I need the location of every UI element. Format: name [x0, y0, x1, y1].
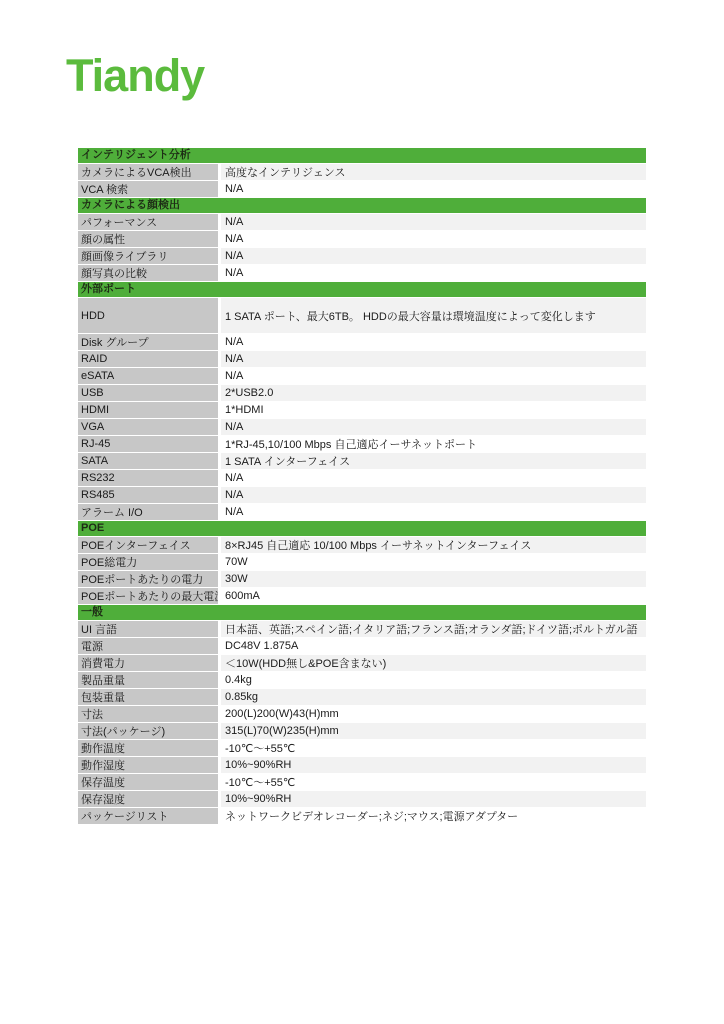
- section-header: インテリジェント分析: [78, 148, 646, 163]
- spec-value: ＜10W(HDD無し&POE含まない): [221, 655, 646, 671]
- spec-row: 保存温度-10℃～+55℃: [78, 774, 646, 790]
- spec-label: RAID: [78, 351, 218, 367]
- spec-label: アラーム I/O: [78, 504, 218, 520]
- spec-value: 1*RJ-45,10/100 Mbps 自己適応イーサネットポート: [221, 436, 646, 452]
- spec-row: USB2*USB2.0: [78, 385, 646, 401]
- spec-value: N/A: [221, 487, 646, 503]
- spec-value: 200(L)200(W)43(H)mm: [221, 706, 646, 722]
- spec-row: 寸法(パッケージ)315(L)70(W)235(H)mm: [78, 723, 646, 739]
- spec-row: 製品重量0.4kg: [78, 672, 646, 688]
- spec-label: USB: [78, 385, 218, 401]
- spec-value: 600mA: [221, 588, 646, 604]
- spec-value: N/A: [221, 181, 646, 197]
- spec-row: POEインターフェイス8×RJ45 自己適応 10/100 Mbps イーサネッ…: [78, 537, 646, 553]
- spec-label: POEポートあたりの最大電流: [78, 588, 218, 604]
- spec-row: 動作湿度10%~90%RH: [78, 757, 646, 773]
- spec-label: UI 言語: [78, 621, 218, 637]
- spec-row: HDD1 SATA ポート、最大6TB。 HDDの最大容量は環境温度によって変化…: [78, 298, 646, 333]
- spec-value: 1*HDMI: [221, 402, 646, 418]
- section-header: 外部ポート: [78, 282, 646, 297]
- spec-row: 顔画像ライブラリN/A: [78, 248, 646, 264]
- spec-value: ネットワークビデオレコーダー;ネジ;マウス;電源アダプター: [221, 808, 646, 824]
- spec-value: N/A: [221, 470, 646, 486]
- spec-value: 1 SATA ポート、最大6TB。 HDDの最大容量は環境温度によって変化します: [221, 298, 646, 333]
- spec-row: VGAN/A: [78, 419, 646, 435]
- spec-value: N/A: [221, 351, 646, 367]
- spec-value: N/A: [221, 248, 646, 264]
- spec-row: VCA 検索N/A: [78, 181, 646, 197]
- spec-label: 寸法(パッケージ): [78, 723, 218, 739]
- spec-row: アラーム I/ON/A: [78, 504, 646, 520]
- spec-label: 消費電力: [78, 655, 218, 671]
- spec-row: パッケージリストネットワークビデオレコーダー;ネジ;マウス;電源アダプター: [78, 808, 646, 824]
- spec-label: VGA: [78, 419, 218, 435]
- spec-row: RS485N/A: [78, 487, 646, 503]
- spec-row: 包装重量0.85kg: [78, 689, 646, 705]
- spec-sheet-page: Tiandy インテリジェント分析カメラによるVCA検出高度なインテリジェンスV…: [0, 0, 724, 1024]
- spec-label: VCA 検索: [78, 181, 218, 197]
- spec-row: UI 言語日本語、英語;スペイン語;イタリア語;フランス語;オランダ語;ドイツ語…: [78, 621, 646, 637]
- spec-row: SATA1 SATA インターフェイス: [78, 453, 646, 469]
- spec-value: 315(L)70(W)235(H)mm: [221, 723, 646, 739]
- spec-value: 高度なインテリジェンス: [221, 164, 646, 180]
- spec-label: RS485: [78, 487, 218, 503]
- spec-row: 寸法200(L)200(W)43(H)mm: [78, 706, 646, 722]
- spec-row: 顔の属性N/A: [78, 231, 646, 247]
- spec-label: 電源: [78, 638, 218, 654]
- spec-row: eSATAN/A: [78, 368, 646, 384]
- spec-label: HDMI: [78, 402, 218, 418]
- spec-value: 10%~90%RH: [221, 791, 646, 807]
- spec-label: 動作温度: [78, 740, 218, 756]
- spec-label: 寸法: [78, 706, 218, 722]
- spec-value: 8×RJ45 自己適応 10/100 Mbps イーサネットインターフェイス: [221, 537, 646, 553]
- spec-row: Disk グループN/A: [78, 334, 646, 350]
- spec-label: POE総電力: [78, 554, 218, 570]
- spec-row: POEポートあたりの電力30W: [78, 571, 646, 587]
- spec-value: 30W: [221, 571, 646, 587]
- spec-label: SATA: [78, 453, 218, 469]
- spec-value: N/A: [221, 504, 646, 520]
- spec-value: N/A: [221, 265, 646, 281]
- spec-label: eSATA: [78, 368, 218, 384]
- spec-row: HDMI1*HDMI: [78, 402, 646, 418]
- spec-label: Disk グループ: [78, 334, 218, 350]
- spec-row: 顔写真の比較N/A: [78, 265, 646, 281]
- spec-label: 顔写真の比較: [78, 265, 218, 281]
- spec-value: -10℃～+55℃: [221, 774, 646, 790]
- spec-row: RAIDN/A: [78, 351, 646, 367]
- spec-row: RS232N/A: [78, 470, 646, 486]
- spec-label: カメラによるVCA検出: [78, 164, 218, 180]
- section-header: POE: [78, 521, 646, 536]
- spec-label: POEポートあたりの電力: [78, 571, 218, 587]
- spec-value: N/A: [221, 231, 646, 247]
- spec-label: RS232: [78, 470, 218, 486]
- spec-value: 2*USB2.0: [221, 385, 646, 401]
- spec-label: 保存温度: [78, 774, 218, 790]
- spec-value: 0.4kg: [221, 672, 646, 688]
- spec-label: POEインターフェイス: [78, 537, 218, 553]
- spec-row: POEポートあたりの最大電流600mA: [78, 588, 646, 604]
- spec-value: 1 SATA インターフェイス: [221, 453, 646, 469]
- spec-value: DC48V 1.875A: [221, 638, 646, 654]
- spec-label: パフォーマンス: [78, 214, 218, 230]
- spec-value: 10%~90%RH: [221, 757, 646, 773]
- spec-row: パフォーマンスN/A: [78, 214, 646, 230]
- spec-label: 顔の属性: [78, 231, 218, 247]
- section-header: カメラによる顔検出: [78, 198, 646, 213]
- spec-label: パッケージリスト: [78, 808, 218, 824]
- spec-row: 動作温度-10℃～+55℃: [78, 740, 646, 756]
- spec-table: インテリジェント分析カメラによるVCA検出高度なインテリジェンスVCA 検索N/…: [78, 148, 646, 825]
- spec-value: N/A: [221, 214, 646, 230]
- spec-value: 70W: [221, 554, 646, 570]
- spec-label: 顔画像ライブラリ: [78, 248, 218, 264]
- spec-value: N/A: [221, 368, 646, 384]
- spec-label: HDD: [78, 298, 218, 333]
- spec-row: 保存湿度10%~90%RH: [78, 791, 646, 807]
- spec-value: 日本語、英語;スペイン語;イタリア語;フランス語;オランダ語;ドイツ語;ポルトガ…: [221, 621, 646, 637]
- section-header: 一般: [78, 605, 646, 620]
- spec-row: RJ-451*RJ-45,10/100 Mbps 自己適応イーサネットポート: [78, 436, 646, 452]
- tiandy-logo: Tiandy: [66, 50, 204, 102]
- spec-value: N/A: [221, 419, 646, 435]
- spec-value: -10℃～+55℃: [221, 740, 646, 756]
- spec-value: N/A: [221, 334, 646, 350]
- spec-label: 製品重量: [78, 672, 218, 688]
- spec-row: 電源DC48V 1.875A: [78, 638, 646, 654]
- spec-label: 包装重量: [78, 689, 218, 705]
- spec-label: 動作湿度: [78, 757, 218, 773]
- spec-row: 消費電力＜10W(HDD無し&POE含まない): [78, 655, 646, 671]
- spec-label: RJ-45: [78, 436, 218, 452]
- spec-row: カメラによるVCA検出高度なインテリジェンス: [78, 164, 646, 180]
- spec-label: 保存湿度: [78, 791, 218, 807]
- spec-row: POE総電力70W: [78, 554, 646, 570]
- spec-value: 0.85kg: [221, 689, 646, 705]
